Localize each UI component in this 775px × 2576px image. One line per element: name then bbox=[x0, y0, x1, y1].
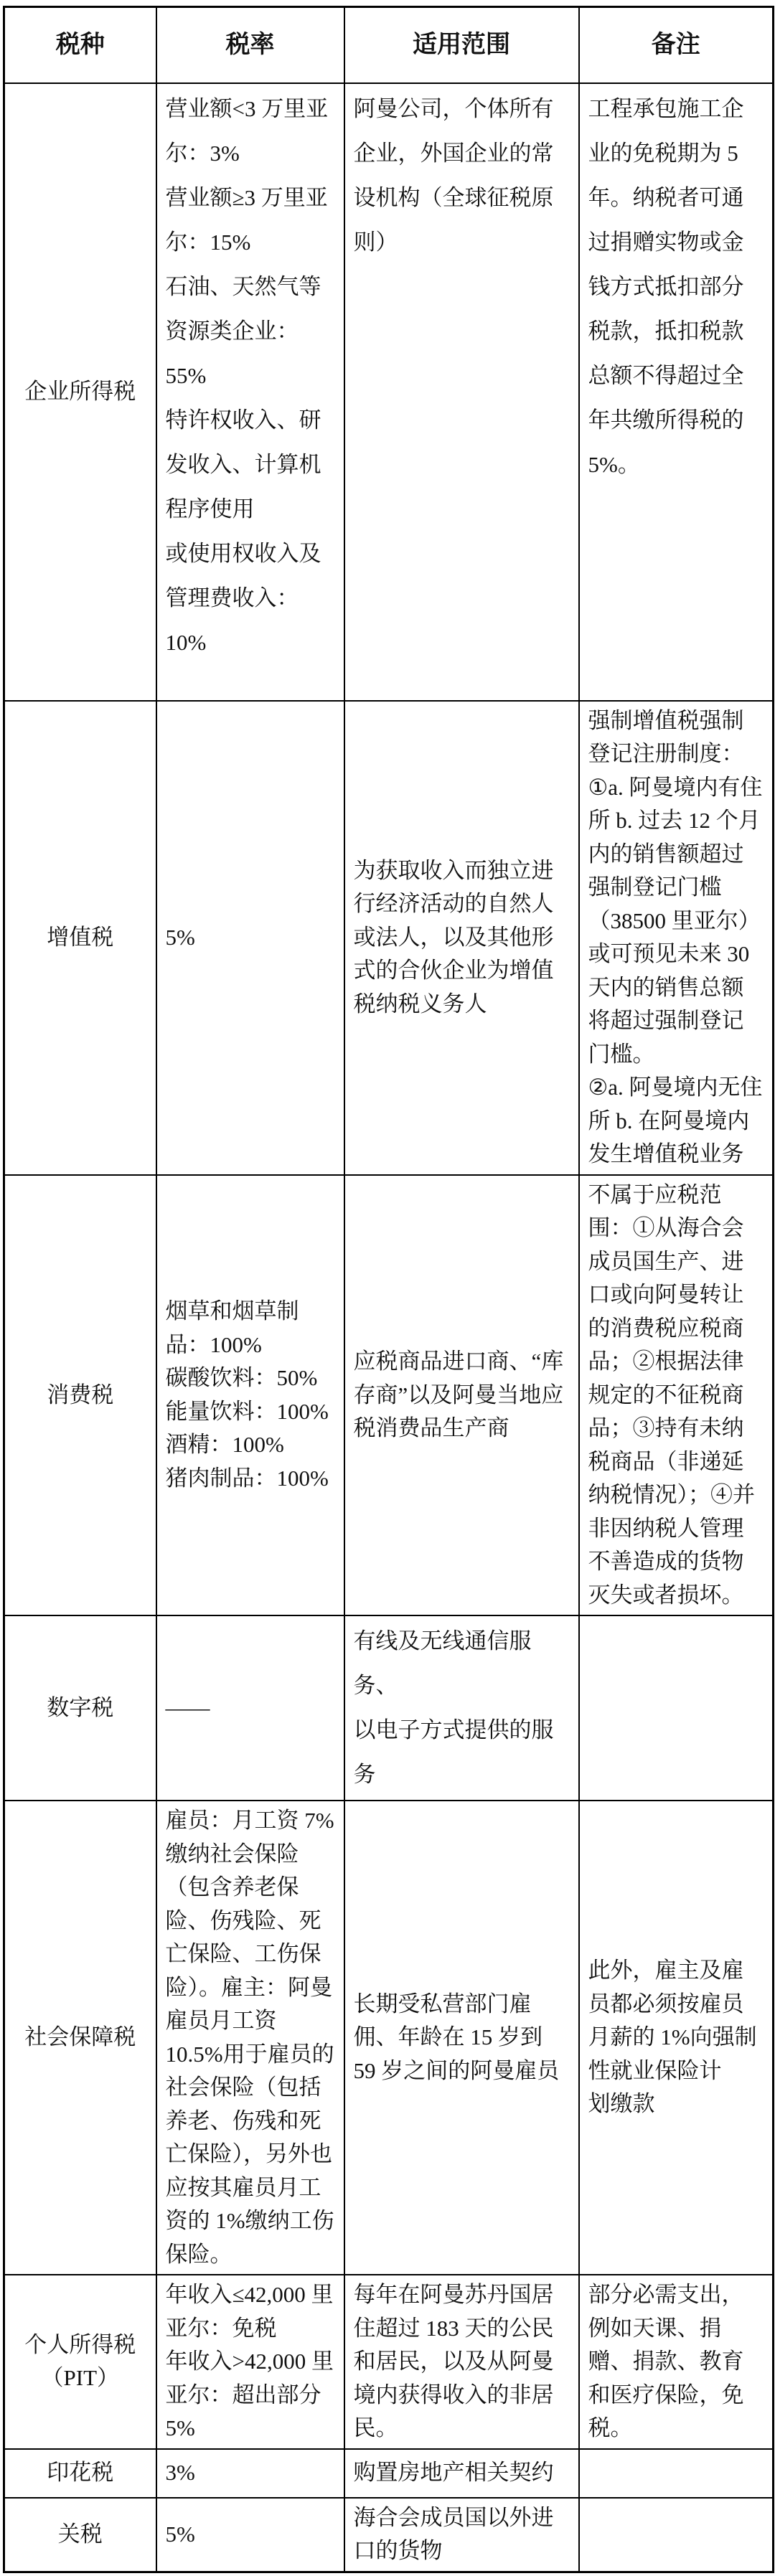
column-header-rate: 税率 bbox=[156, 7, 344, 83]
cell-scope: 每年在阿曼苏丹国居住超过 183 天的公民和居民，以及从阿曼境内获得收入的非居民… bbox=[344, 2275, 579, 2449]
cell-rate: 营业额<3 万里亚尔：3% 营业额≥3 万里亚尔：15% 石油、天然气等资源类企… bbox=[156, 83, 344, 701]
cell-scope: 海合会成员国以外进口的货物 bbox=[344, 2498, 579, 2572]
table-row: 社会保障税 雇员：月工资 7%缴纳社会保险（包含养老保险、伤残险、死亡保险、工伤… bbox=[4, 1801, 774, 2275]
document-page: 税种 税率 适用范围 备注 企业所得税 营业额<3 万里亚尔：3% 营业额≥3 … bbox=[0, 0, 775, 2576]
cell-notes: 部分必需支出，例如天课、捐赠、捐款、教育和医疗保险，免税。 bbox=[579, 2275, 774, 2449]
cell-notes bbox=[579, 1615, 774, 1801]
cell-notes: 此外，雇主及雇员都必须按雇员月薪的 1%向强制性就业保险计 划缴款 bbox=[579, 1801, 774, 2275]
cell-notes: 强制增值税强制登记注册制度： ①a. 阿曼境内有住所 b. 过去 12 个月内的… bbox=[579, 701, 774, 1175]
cell-scope: 为获取收入而独立进行经济活动的自然人或法人，以及其他形式的合伙企业为增值税纳税义… bbox=[344, 701, 579, 1175]
cell-notes bbox=[579, 2498, 774, 2572]
column-header-scope: 适用范围 bbox=[344, 7, 579, 83]
cell-tax-type: 消费税 bbox=[4, 1175, 156, 1616]
oman-tax-table: 税种 税率 适用范围 备注 企业所得税 营业额<3 万里亚尔：3% 营业额≥3 … bbox=[3, 6, 774, 2573]
table-row: 消费税 烟草和烟草制品：100% 碳酸饮料：50% 能量饮料：100% 酒精：1… bbox=[4, 1175, 774, 1616]
cell-tax-type: 关税 bbox=[4, 2498, 156, 2572]
table-row: 企业所得税 营业额<3 万里亚尔：3% 营业额≥3 万里亚尔：15% 石油、天然… bbox=[4, 83, 774, 701]
table-row: 印花税 3% 购置房地产相关契约 bbox=[4, 2449, 774, 2498]
cell-scope: 购置房地产相关契约 bbox=[344, 2449, 579, 2498]
table-row: 关税 5% 海合会成员国以外进口的货物 bbox=[4, 2498, 774, 2572]
cell-scope: 长期受私营部门雇佣、年龄在 15 岁到 59 岁之间的阿曼雇员 bbox=[344, 1801, 579, 2275]
cell-notes: 工程承包施工企业的免税期为 5 年。纳税者可通过捐赠实物或金钱方式抵扣部分税款，… bbox=[579, 83, 774, 701]
column-header-tax-type: 税种 bbox=[4, 7, 156, 83]
cell-tax-type: 个人所得税 （PIT） bbox=[4, 2275, 156, 2449]
header-row: 税种 税率 适用范围 备注 bbox=[4, 7, 774, 83]
cell-notes: 不属于应税范围：①从海合会成员国生产、进口或向阿曼转让的消费税应税商品；②根据法… bbox=[579, 1175, 774, 1616]
cell-scope: 有线及无线通信服务、 以电子方式提供的服务 bbox=[344, 1615, 579, 1801]
cell-rate: 5% bbox=[156, 2498, 344, 2572]
cell-rate: 烟草和烟草制品：100% 碳酸饮料：50% 能量饮料：100% 酒精：100% … bbox=[156, 1175, 344, 1616]
cell-scope: 应税商品进口商、“库存商”以及阿曼当地应税消费品生产商 bbox=[344, 1175, 579, 1616]
cell-tax-type: 增值税 bbox=[4, 701, 156, 1175]
table-row: 数字税 —— 有线及无线通信服务、 以电子方式提供的服务 bbox=[4, 1615, 774, 1801]
cell-tax-type: 社会保障税 bbox=[4, 1801, 156, 2275]
cell-tax-type: 印花税 bbox=[4, 2449, 156, 2498]
table-row: 增值税 5% 为获取收入而独立进行经济活动的自然人或法人，以及其他形式的合伙企业… bbox=[4, 701, 774, 1175]
table-row: 个人所得税 （PIT） 年收入≤42,000 里亚尔：免税 年收入>42,000… bbox=[4, 2275, 774, 2449]
cell-notes bbox=[579, 2449, 774, 2498]
cell-scope: 阿曼公司，个体所有企业，外国企业的常设机构（全球征税原则） bbox=[344, 83, 579, 701]
cell-rate: 3% bbox=[156, 2449, 344, 2498]
cell-rate: —— bbox=[156, 1615, 344, 1801]
cell-rate: 雇员：月工资 7%缴纳社会保险（包含养老保险、伤残险、死亡保险、工伤保险）。雇主… bbox=[156, 1801, 344, 2275]
cell-rate: 年收入≤42,000 里亚尔：免税 年收入>42,000 里亚尔：超出部分 5% bbox=[156, 2275, 344, 2449]
cell-rate: 5% bbox=[156, 701, 344, 1175]
cell-tax-type: 数字税 bbox=[4, 1615, 156, 1801]
cell-tax-type: 企业所得税 bbox=[4, 83, 156, 701]
column-header-notes: 备注 bbox=[579, 7, 774, 83]
